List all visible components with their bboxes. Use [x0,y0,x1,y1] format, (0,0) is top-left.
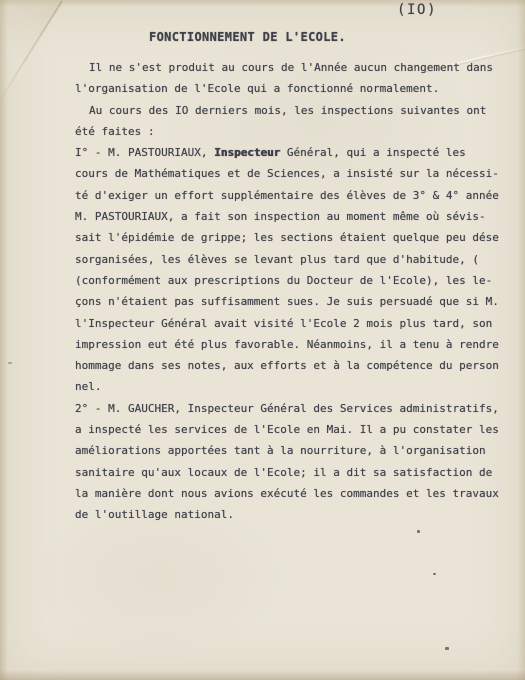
typed-line: a inspecté les services de l'Ecole en Ma… [75,419,499,440]
typed-line: té d'exiger un effort supplémentaire des… [75,185,499,206]
page-number: (IO) [397,2,437,18]
ink-speck [8,362,12,364]
typed-line: impression eut été plus favorable. Néanm… [75,334,499,355]
typed-line: Il ne s'est produit au cours de l'Année … [75,57,499,78]
typed-line: nel. [75,376,499,397]
document-title: FONCTIONNEMENT DE L'ECOLE. [149,30,346,44]
typed-line: (conformément aux prescriptions du Docte… [75,270,499,291]
typed-line: l'organisation de l'Ecole qui a fonction… [75,78,499,99]
typed-line: sanitaire qu'aux locaux de l'Ecole; il a… [75,462,499,483]
typed-line: sorganisées, les élèves se levant plus t… [75,249,499,270]
typed-line: été faites : [75,121,499,142]
typed-line: M. PASTOURIAUX, a fait son inspection au… [75,206,499,227]
typed-text-block: Il ne s'est produit au cours de l'Année … [75,57,499,526]
typed-line: I° - M. PASTOURIAUX, Inspecteur Général,… [75,142,499,163]
typed-line: 2° - M. GAUCHER, Inspecteur Général des … [75,398,499,419]
ink-speck [433,573,436,575]
typed-line: çons n'étaient pas suffisamment sues. Je… [75,291,499,312]
ink-speck [417,530,420,533]
typed-line: la manière dont nous avions exécuté les … [75,483,499,504]
typed-line: de l'outillage national. [75,504,499,525]
typed-line: sait l'épidémie de grippe; les sections … [75,227,499,248]
typed-line: cours de Mathématiques et de Sciences, a… [75,163,499,184]
typed-line: améliorations apportées tant à la nourri… [75,440,499,461]
scanned-page: (IO) FONCTIONNEMENT DE L'ECOLE. Il ne s'… [0,0,525,680]
typed-line: l'Inspecteur Général avait visité l'Ecol… [75,313,499,334]
typed-line: Au cours des IO derniers mois, les inspe… [75,100,499,121]
typed-line: hommage dans ses notes, aux efforts et à… [75,355,499,376]
ink-speck [445,647,449,650]
